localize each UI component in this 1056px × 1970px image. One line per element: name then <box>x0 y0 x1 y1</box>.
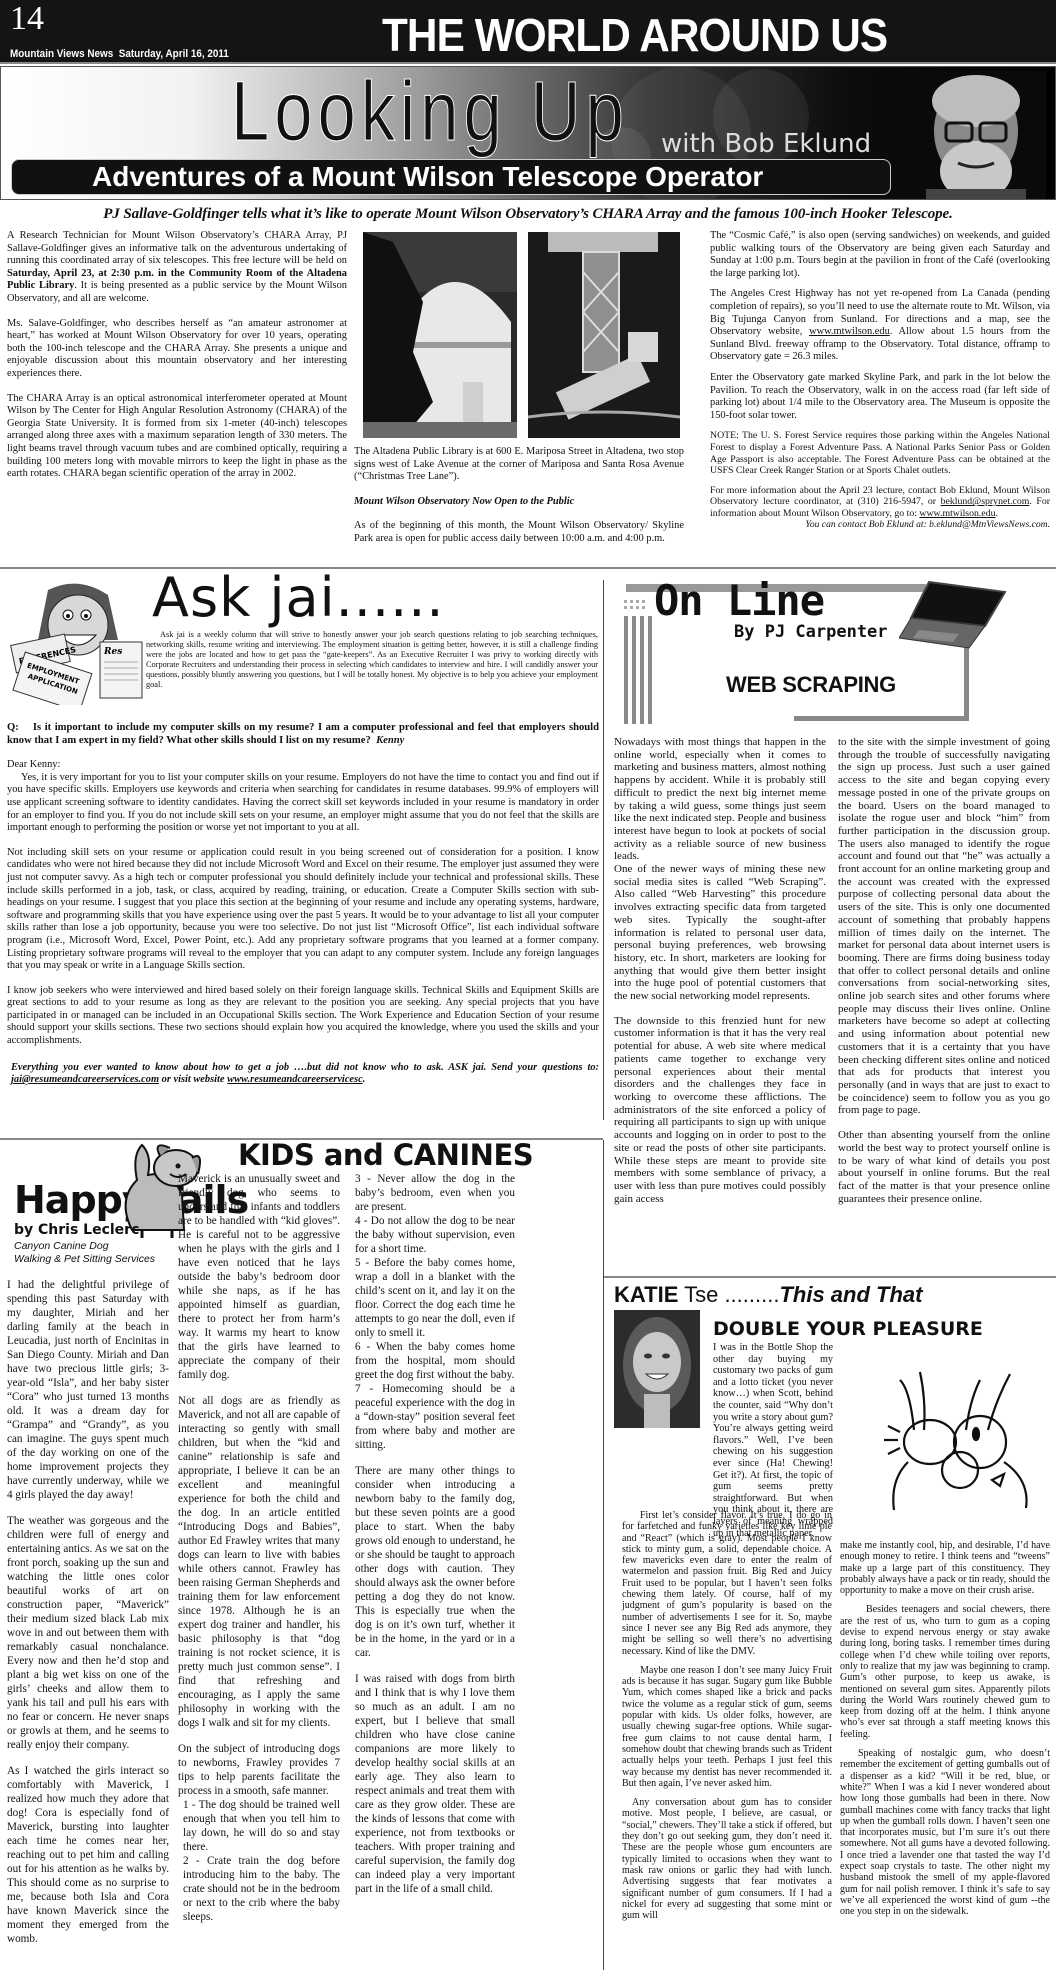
online-title: On Line <box>654 576 824 625</box>
tip-item: 2 - Crate train the dog before introduci… <box>178 1854 340 1924</box>
paragraph: Besides teenagers and social chewers, th… <box>840 1604 1050 1740</box>
katie-column-2: make me instantly cool, hip, and desirab… <box>840 1540 1050 1918</box>
reader-question: Q: Is it important to include my compute… <box>7 722 599 747</box>
ask-jai-footer: Everything you ever wanted to know about… <box>7 1062 599 1087</box>
looking-up-column-3: The “Cosmic Café,” is also open (serving… <box>710 230 1050 531</box>
subheading: Mount Wilson Observatory Now Open to the… <box>354 496 684 509</box>
kids-canines-headline: KIDS and CANINES <box>238 1138 533 1172</box>
paragraph: As I watched the girls interact so comfo… <box>7 1764 169 1946</box>
looking-up-banner: Looking Up with Bob Eklund Adventures of… <box>0 66 1056 200</box>
looking-up-column-1: A Research Technician for Mount Wilson O… <box>7 230 347 481</box>
beklund-email-link[interactable]: beklund@sprynet.com <box>941 496 1030 507</box>
online-header-graphic: On Line By PJ Carpenter WEB SCRAPING <box>614 576 1054 734</box>
happy-tails-affiliation: Canyon Canine Dog Walking & Pet Sitting … <box>14 1240 155 1266</box>
publication-name: Mountain Views News <box>10 48 113 60</box>
tip-item: 5 - Before the baby comes home, wrap a d… <box>355 1256 515 1340</box>
happy-tails-byline: by Chris Leclerc. <box>14 1222 145 1238</box>
ask-jai-cartoon-graphic: REFERENCES EMPLOYMENT APPLICATION Res <box>8 580 148 705</box>
column-divider <box>603 580 604 1120</box>
question-label: Q: <box>7 722 19 733</box>
tip-item: 7 - Homecoming should be a peaceful expe… <box>355 1382 515 1452</box>
online-headline: WEB SCRAPING <box>726 672 896 698</box>
paragraph: The weather was gorgeous and the childre… <box>7 1514 169 1752</box>
author-contact-line: You can contact Bob Eklund at: b.eklund@… <box>710 519 1050 530</box>
paragraph: A Research Technician for Mount Wilson O… <box>7 230 347 306</box>
paragraph: The CHARA Array is an optical astronomic… <box>7 393 347 481</box>
author-first-name: KATIE <box>614 1282 678 1307</box>
rabbits-bubblegum-illustration <box>880 1370 1040 1510</box>
online-column-1: Nowadays with most things that happen in… <box>614 736 826 1205</box>
section-divider <box>604 1276 1056 1278</box>
paragraph: The Altadena Public Library is at 600 E.… <box>354 446 684 484</box>
paragraph: make me instantly cool, hip, and desirab… <box>840 1540 1050 1596</box>
section-title: THE WORLD AROUND US <box>382 8 887 62</box>
happy-tails-column-3: 3 - Never allow the dog in the baby’s be… <box>355 1172 515 1896</box>
resume-label: Res <box>103 647 122 657</box>
question-signature: Kenny <box>376 735 404 746</box>
happy-tails-column-1: I had the delightful privilege of spendi… <box>7 1278 169 1946</box>
banner-subtitle: Adventures of a Mount Wilson Telescope O… <box>11 159 891 195</box>
katie-headline: DOUBLE YOUR PLEASURE <box>713 1318 983 1340</box>
answer-paragraph: Yes, it is very important for you to lis… <box>7 772 599 835</box>
author-photo-katie-tse <box>614 1310 700 1428</box>
tip-item: 3 - Never allow the dog in the baby’s be… <box>355 1172 515 1214</box>
article-headline: PJ Sallave-Goldfinger tells what it’s li… <box>0 206 1056 223</box>
paragraph: As of the beginning of this month, the M… <box>354 520 684 545</box>
online-byline: By PJ Carpenter <box>734 622 888 642</box>
mtwilson-link-2[interactable]: www.mtwilson.edu <box>919 508 995 519</box>
paragraph: Not all dogs are as friendly as Maverick… <box>178 1394 340 1730</box>
tip-item: 4 - Do not allow the dog to be near the … <box>355 1214 515 1256</box>
paragraph: There are many other things to consider … <box>355 1464 515 1660</box>
paragraph: I had the delightful privilege of spendi… <box>7 1278 169 1502</box>
jai-email-link[interactable]: jai@resumeandcareerservices.com <box>11 1074 159 1085</box>
happy-tails-column-2: Maverick is an unusually sweet and frien… <box>178 1172 340 1924</box>
paragraph: The “Cosmic Café,” is also open (serving… <box>710 230 1050 280</box>
page-number: 14 <box>10 0 44 38</box>
katie-column-1: First let’s consider flavor. It’s true, … <box>622 1510 832 1921</box>
answer-paragraph: Not including skill sets on your resume … <box>7 847 599 973</box>
paragraph: Ms. Salave-Goldfinger, who describes her… <box>7 318 347 381</box>
mtwilson-link[interactable]: www.mtwilson.edu <box>809 326 890 337</box>
masthead: 14 Mountain Views News Saturday, April 1… <box>0 0 1056 64</box>
laptop-icon <box>899 578 1009 650</box>
author-last-name: Tse <box>678 1282 724 1307</box>
salutation: Dear Kenny: <box>7 759 599 772</box>
looking-up-column-2: The Altadena Public Library is at 600 E.… <box>354 446 684 546</box>
tip-item: 6 - When the baby comes home from the ho… <box>355 1340 515 1382</box>
banner-title: Looking Up <box>231 66 629 160</box>
paragraph: Any conversation about gum has to consid… <box>622 1797 832 1921</box>
resume-website-link[interactable]: www.resumeandcareerservicesc <box>227 1074 363 1085</box>
author-photo-bob-eklund <box>896 71 1046 200</box>
ask-jai-intro: Ask jai is a weekly column that will str… <box>146 630 598 691</box>
paragraph: Other than absenting yourself from the o… <box>838 1129 1050 1205</box>
paragraph: to the site with the simple investment o… <box>838 736 1050 1117</box>
column-divider <box>603 1140 604 1970</box>
paragraph: Enter the Observatory gate marked Skylin… <box>710 372 1050 422</box>
paragraph: Maybe one reason I don’t see many Juicy … <box>622 1665 832 1789</box>
paragraph: On the subject of introducing dogs to ne… <box>178 1742 340 1798</box>
photo-hooker-telescope <box>528 232 680 438</box>
column-title: This and That <box>779 1282 922 1307</box>
publication-dateline: Mountain Views News Saturday, April 16, … <box>10 48 229 60</box>
issue-date: Saturday, April 16, 2011 <box>119 48 229 60</box>
tip-item: 1 - The dog should be trained well enoug… <box>178 1798 340 1854</box>
banner-byline: with Bob Eklund <box>661 129 871 159</box>
paragraph: Maverick is an unusually sweet and frien… <box>178 1172 340 1382</box>
online-column-2: to the site with the simple investment o… <box>838 736 1050 1205</box>
paragraph: I was raised with dogs from birth and I … <box>355 1672 515 1896</box>
forest-pass-note: NOTE: The U. S. Forest Service requires … <box>710 430 1050 476</box>
photo-observatory-dome <box>363 232 517 438</box>
ask-jai-body: Q: Is it important to include my compute… <box>7 722 599 1087</box>
paragraph: One of the newer ways of mining these ne… <box>614 863 826 1003</box>
paragraph: The downside to this frenzied hunt for n… <box>614 1015 826 1206</box>
answer-paragraph: I know job seekers who were interviewed … <box>7 985 599 1048</box>
paragraph: Nowadays with most things that happen in… <box>614 736 826 863</box>
katie-tse-column-header: KATIE Tse .........This and That <box>614 1282 922 1308</box>
paragraph: Speaking of nostalgic gum, who doesn’t r… <box>840 1748 1050 1917</box>
contact-info: For more information about the April 23 … <box>710 485 1050 520</box>
ask-jai-title: Ask jai...... <box>152 566 445 629</box>
paragraph: First let’s consider flavor. It’s true, … <box>622 1510 832 1657</box>
paragraph: The Angeles Crest Highway has not yet re… <box>710 288 1050 364</box>
